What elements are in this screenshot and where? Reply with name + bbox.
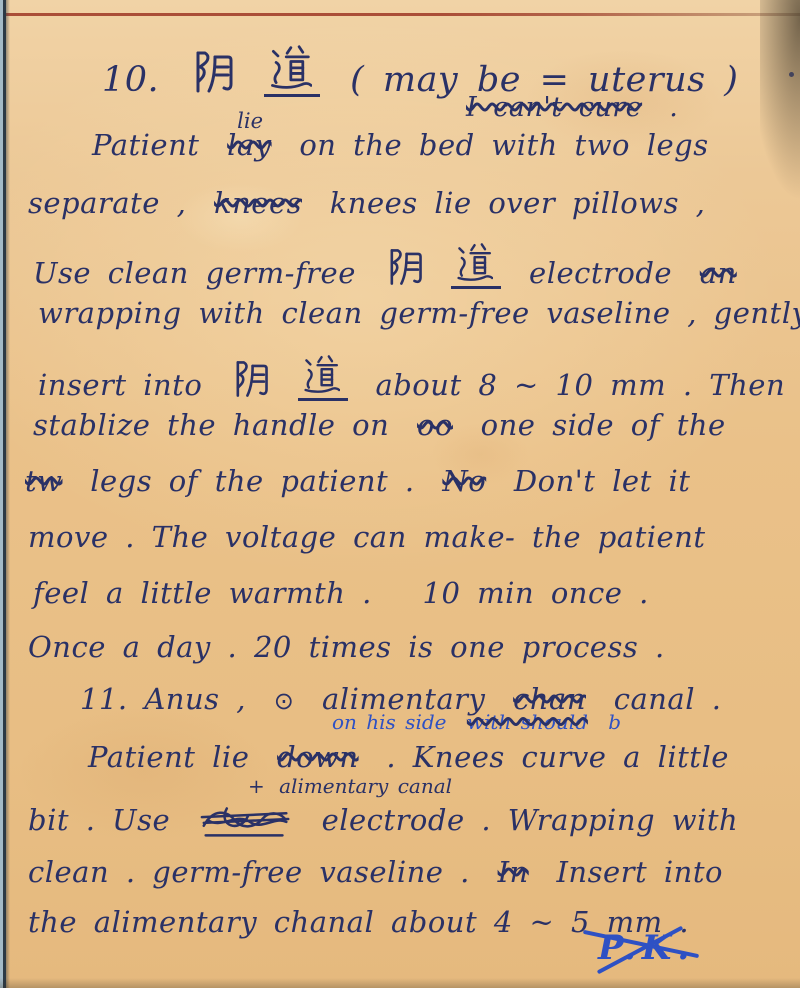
chinese-char-yin <box>189 47 235 97</box>
text-run: move . The voltage can make- the patient <box>28 520 706 554</box>
red-margin-rule <box>6 13 800 16</box>
struck-word: down <box>277 740 359 774</box>
text-line: Use clean germ-free electrode an <box>33 240 737 291</box>
text-run: stablize the handle on <box>33 408 389 442</box>
text-run: 10 min once . <box>423 576 649 610</box>
crossed-out-pk-mark: P.K. <box>598 928 695 968</box>
text-run: electrode . Wrapping with <box>322 803 739 837</box>
chinese-char-dao <box>451 240 501 289</box>
corner-shadow <box>760 0 800 320</box>
text-run: electrode <box>529 256 672 290</box>
text-line: Patient lay lie on the bed with two legs <box>92 128 709 163</box>
text-run: Insert into <box>556 855 722 889</box>
text-line: Patient lie down . Knees curve a little <box>88 740 729 775</box>
scribbled-out-characters <box>198 800 294 848</box>
book-edge-strip <box>0 0 10 988</box>
text-run: one side of the <box>481 408 726 442</box>
chinese-char-yin <box>384 245 424 289</box>
inserted-phrase: alimentary canal <box>279 774 452 798</box>
text-line: bit . Use electrode . Wrapping with <box>28 800 738 848</box>
struck-word: an <box>700 256 737 290</box>
struck-word: knees <box>214 186 302 220</box>
text-run: insert into <box>38 368 202 402</box>
struck-word: oo <box>417 408 453 442</box>
text-run: b <box>608 710 621 734</box>
struck-phrase: I can't cure <box>466 92 642 123</box>
note-period: . <box>669 92 678 123</box>
text-run: Use clean germ-free <box>33 256 356 290</box>
notebook-page: 10. ( may be = uterus ) I can't cure . P… <box>0 0 800 988</box>
bottom-shade <box>0 978 800 988</box>
text-run: knees lie over pillows , <box>330 186 706 220</box>
struck-word: In <box>498 855 529 889</box>
text-line: clean . germ-free vaseline . In Insert i… <box>28 855 723 890</box>
text-run: wrapping with clean germ-free vaseline ,… <box>38 296 800 330</box>
crossed-out-note: I can't cure . <box>466 92 678 124</box>
text-run: legs of the patient . <box>90 464 414 498</box>
text-run: Patient lie <box>88 740 249 774</box>
text-line: separate , knees knees lie over pillows … <box>28 186 705 221</box>
text-run: separate , <box>28 186 186 220</box>
chinese-char-yin <box>230 357 270 401</box>
text-line: Once a day . 20 times is one process . <box>28 630 665 665</box>
text-line: stablize the handle on oo one side of th… <box>33 408 726 443</box>
text-run: canal . <box>614 682 722 716</box>
text-run: Once a day . 20 times is one process . <box>28 630 665 664</box>
text-line: move . The voltage can make- the patient <box>28 520 706 555</box>
chinese-char-dao <box>298 352 348 401</box>
text-run: . Knees curve a little <box>386 740 729 774</box>
text-run: bit . Use <box>28 803 170 837</box>
text-line: wrapping with clean germ-free vaseline ,… <box>38 296 800 331</box>
insertion-alimentary-canal: + alimentary canal <box>248 774 452 798</box>
inserted-phrase: on his side <box>332 710 446 734</box>
text-run: 11. Anus , <box>80 682 246 716</box>
struck-phrase: with should <box>467 710 588 734</box>
caret-mark: + <box>248 774 265 798</box>
text-run: on the bed with two legs <box>299 128 708 162</box>
struck-word: tw <box>25 464 62 498</box>
circled-dot-symbol: ⊙ <box>274 687 295 715</box>
text-run: Don't let it <box>514 464 690 498</box>
correction-stack: lay lie <box>227 128 271 163</box>
text-line: tw legs of the patient . No Don't let it <box>25 464 690 499</box>
text-run: Patient <box>92 128 199 162</box>
struck-word: No <box>442 464 486 498</box>
chinese-char-dao <box>264 42 320 97</box>
section-number: 10. <box>102 60 159 100</box>
text-run: clean . germ-free vaseline . <box>28 855 470 889</box>
insertion-on-his-side: on his side with should b <box>332 710 621 734</box>
text-run: feel a little warmth . <box>33 576 372 610</box>
ink-speck <box>789 72 794 77</box>
text-line: feel a little warmth . 10 min once . <box>33 576 649 611</box>
text-line: insert into about 8 ~ 10 mm . Then <box>38 352 785 403</box>
inserted-word: lie <box>237 109 263 134</box>
text-run: about 8 ~ 10 mm . Then <box>375 368 785 402</box>
